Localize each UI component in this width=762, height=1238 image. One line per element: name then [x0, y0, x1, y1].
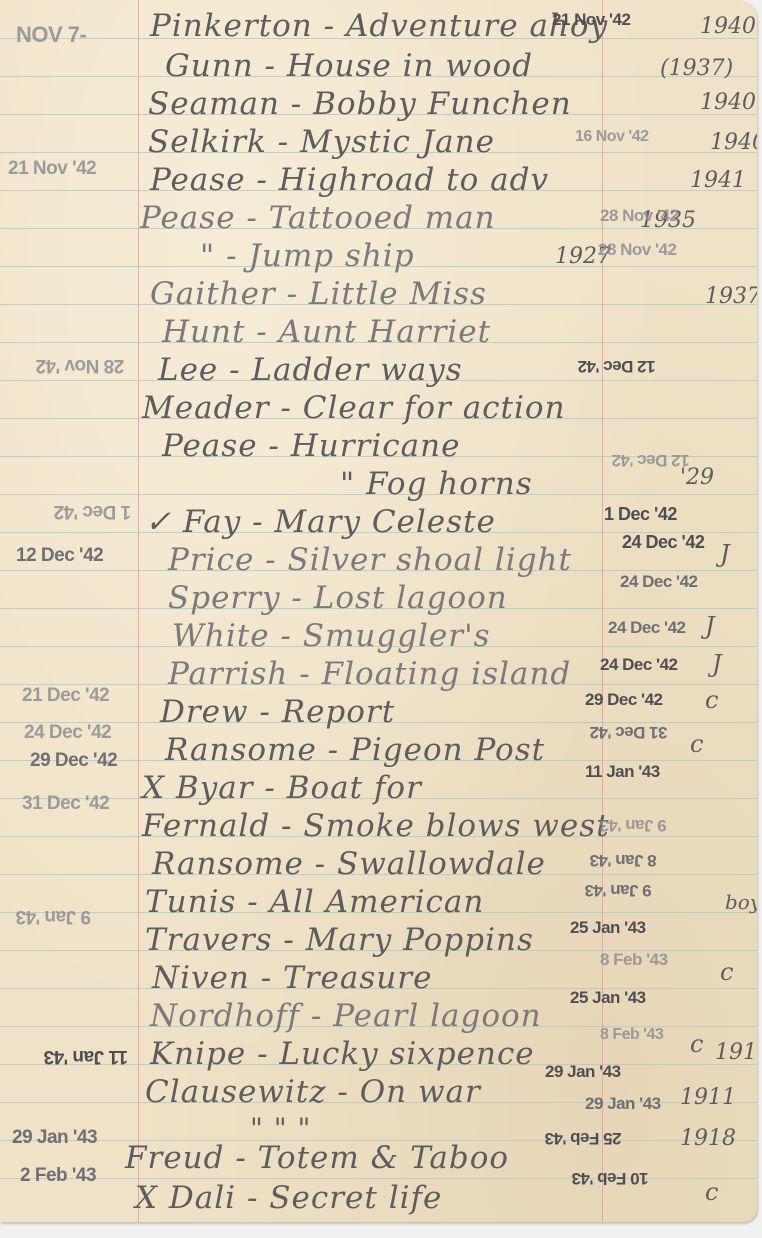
right-date-stamp: 24 Dec '42 — [608, 618, 686, 638]
entry-year: 1911 — [680, 1085, 736, 1110]
entry-title: Freud - Totem & Taboo — [125, 1140, 509, 1176]
entry-title: Meader - Clear for action — [142, 390, 566, 426]
suffix-mark: c — [705, 1178, 718, 1206]
right-date-stamp: 24 Dec '42 — [600, 655, 678, 675]
entry-title: Gaither - Little Miss — [150, 276, 487, 312]
entry-year: 1941 — [690, 168, 746, 193]
entry-title: " Fog horns — [340, 466, 533, 502]
right-date-stamp: 8 Feb '43 — [600, 1026, 663, 1044]
suffix-mark: c — [705, 686, 718, 714]
entry-title: ✓ Fay - Mary Celeste — [145, 504, 496, 540]
right-date-stamp: 12 Dec '42 — [578, 356, 656, 376]
left-date-stamp: 21 Nov '42 — [8, 158, 96, 180]
left-date-stamp: 28 Nov '42 — [36, 354, 124, 376]
right-date-stamp: 28 Nov '42 — [600, 206, 678, 226]
left-date-stamp: 21 Dec '42 — [22, 685, 109, 707]
entry-title: Nordhoff - Pearl lagoon — [150, 998, 542, 1034]
right-date-stamp: 10 Feb '43 — [572, 1168, 649, 1188]
suffix-mark: boy — [725, 890, 757, 914]
entry-year: 1940 — [700, 90, 756, 115]
right-date-stamp: 8 Feb '43 — [600, 950, 668, 970]
right-date-stamp: 24 Dec '42 — [622, 532, 704, 553]
right-date-stamp: 29 Jan '43 — [585, 1094, 661, 1114]
right-date-stamp: 29 Jan '43 — [545, 1062, 621, 1082]
right-date-stamp: 9 Jan '43 — [600, 815, 667, 835]
entry-title: Travers - Mary Poppins — [145, 922, 534, 958]
entry-title: Seaman - Bobby Funchen — [148, 86, 572, 122]
right-date-stamp: 24 Dec '42 — [620, 572, 698, 592]
index-card: NOV 7- 21 Nov '42 28 Nov '42 1 Dec '42 1… — [0, 0, 757, 1222]
left-date-stamp: 29 Dec '42 — [30, 750, 117, 772]
suffix-mark: c — [690, 730, 703, 758]
right-date-stamp: 28 Nov '42 — [598, 240, 676, 260]
entry-title: X Dali - Secret life — [135, 1180, 442, 1216]
entry-year: 1937 — [705, 284, 757, 309]
entry-title: Gunn - House in wood — [165, 48, 533, 84]
right-date-stamp: 25 Feb '43 — [545, 1128, 622, 1148]
entry-title: Tunis - All American — [145, 884, 484, 920]
right-date-stamp: 12 Dec '42 — [612, 450, 690, 470]
entry-title: Selkirk - Mystic Jane — [148, 124, 495, 160]
left-date-stamp: 24 Dec '42 — [24, 722, 111, 744]
entry-title: Pease - Highroad to adv — [150, 162, 549, 198]
entry-title: Sperry - Lost lagoon — [168, 580, 508, 616]
right-date-stamp: 25 Jan '43 — [570, 918, 646, 938]
entry-title: Pease - Tattooed man — [140, 200, 496, 236]
right-date-stamp: 1 Dec '42 — [604, 504, 677, 525]
suffix-mark: c — [690, 1030, 703, 1058]
entry-year: 1940 — [710, 130, 757, 155]
left-date-stamp: 1 Dec '42 — [54, 500, 131, 522]
suffix-mark: c — [720, 958, 733, 986]
entry-title: Price - Silver shoal light — [168, 542, 572, 578]
entry-title: " - Jump ship — [200, 238, 415, 274]
left-date-stamp: 29 Jan '43 — [12, 1127, 97, 1149]
entry-title: X Byar - Boat for — [142, 770, 422, 806]
right-date-stamp: 25 Jan '43 — [570, 988, 646, 1008]
right-date-stamp: 21 Nov '42 — [552, 10, 630, 30]
entry-title: Ransome - Swallowdale — [152, 846, 546, 882]
suffix-mark: J — [712, 650, 722, 678]
right-date-stamp: 16 Nov '42 — [575, 128, 649, 146]
entry-title: Pease - Hurricane — [162, 428, 460, 464]
entry-title: Clausewitz - On war — [145, 1074, 481, 1110]
right-date-stamp: 11 Jan '43 — [585, 762, 660, 782]
right-date-stamp: 9 Jan '43 — [585, 880, 652, 900]
left-date-stamp: 12 Dec '42 — [16, 545, 103, 567]
entry-title: Pinkerton - Adventure ahoy — [150, 8, 608, 44]
left-date-stamp: 31 Dec '42 — [22, 793, 109, 815]
right-date-stamp: 29 Dec '42 — [585, 690, 663, 710]
left-margin-line — [138, 0, 139, 1222]
entry-year: 1911 — [715, 1040, 757, 1065]
entry-title: Parrish - Floating island — [168, 656, 571, 692]
suffix-mark: J — [705, 612, 715, 640]
entry-title: Lee - Ladder ways — [158, 352, 463, 388]
entry-title: Drew - Report — [160, 694, 395, 730]
entry-year: (1937) — [660, 56, 733, 81]
entry-title: Knipe - Lucky sixpence — [150, 1036, 535, 1072]
entry-title: Fernald - Smoke blows west — [142, 808, 610, 844]
right-date-stamp: 31 Dec '42 — [590, 722, 668, 742]
right-date-stamp: 8 Jan '43 — [590, 850, 657, 870]
entry-title: Ransome - Pigeon Post — [165, 732, 545, 768]
entry-title: Niven - Treasure — [152, 960, 432, 996]
entry-year: 1940 — [700, 14, 756, 39]
left-date-stamp: 11 Jan '43 — [44, 1045, 128, 1067]
suffix-mark: J — [720, 540, 730, 568]
entry-year: 1918 — [680, 1126, 736, 1151]
entry-title: Hunt - Aunt Harriet — [162, 314, 491, 350]
left-date-stamp: 2 Feb '43 — [20, 1165, 96, 1187]
left-date-stamp: 9 Jan '43 — [16, 905, 91, 927]
entry-title: White - Smuggler's — [172, 618, 491, 654]
left-date-stamp: NOV 7- — [16, 22, 86, 48]
